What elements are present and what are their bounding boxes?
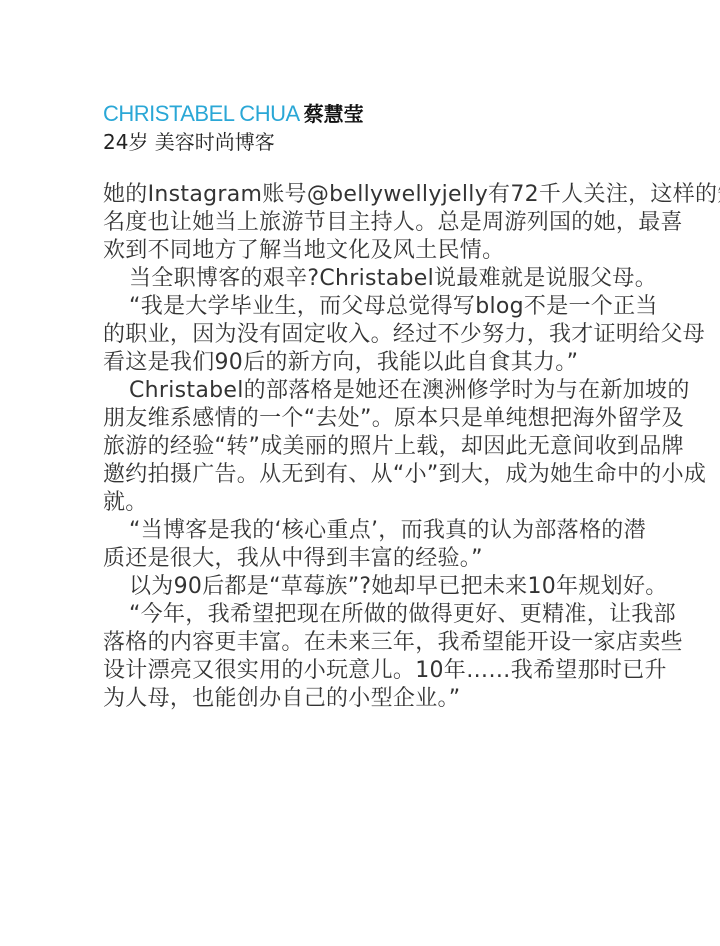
text-line: 看这是我们90后的新方向，我能以此自食其力。” xyxy=(103,349,643,377)
text-line: 就。 xyxy=(103,489,643,517)
name-english: CHRISTABEL CHUA xyxy=(103,101,300,126)
text-line: 名度也让她当上旅游节目主持人。总是周游列国的她，最喜 xyxy=(103,209,643,237)
profile-subtitle: 24岁 美容时尚博客 xyxy=(103,128,364,156)
name-chinese: 蔡慧莹 xyxy=(304,102,364,126)
text-line: Christabel的部落格是她还在澳洲修学时为与在新加坡的 xyxy=(103,377,643,405)
article-body: 她的Instagram账号@bellywellyjelly有72千人关注，这样的… xyxy=(103,181,643,713)
paragraph: 她的Instagram账号@bellywellyjelly有72千人关注，这样的… xyxy=(103,181,643,265)
text-line: 旅游的经验“转”成美丽的照片上载，却因此无意间收到品牌 xyxy=(103,433,643,461)
text-line: 当全职博客的艰辛?Christabel说最难就是说服父母。 xyxy=(103,265,643,293)
text-line: “我是大学毕业生，而父母总觉得写blog不是一个正当 xyxy=(103,293,643,321)
text-line: “当博客是我的‘核心重点’，而我真的认为部落格的潜 xyxy=(103,517,643,545)
article-page: CHRISTABEL CHUA蔡慧莹 24岁 美容时尚博客 她的Instagra… xyxy=(0,0,720,946)
paragraph: “当博客是我的‘核心重点’，而我真的认为部落格的潜 质还是很大，我从中得到丰富的… xyxy=(103,517,643,573)
text-line: 朋友维系感情的一个“去处”。原本只是单纯想把海外留学及 xyxy=(103,405,643,433)
text-line: 欢到不同地方了解当地文化及风土民情。 xyxy=(103,237,643,265)
text-line: 质还是很大，我从中得到丰富的经验。” xyxy=(103,545,643,573)
text-line: “今年，我希望把现在所做的做得更好、更精准，让我部 xyxy=(103,601,643,629)
text-line: 她的Instagram账号@bellywellyjelly有72千人关注，这样的… xyxy=(103,181,643,209)
paragraph: “我是大学毕业生，而父母总觉得写blog不是一个正当 的职业，因为没有固定收入。… xyxy=(103,293,643,377)
paragraph: “今年，我希望把现在所做的做得更好、更精准，让我部 落格的内容更丰富。在未来三年… xyxy=(103,601,643,713)
text-line: 为人母，也能创办自己的小型企业。” xyxy=(103,685,643,713)
text-line: 邀约拍摄广告。从无到有、从“小”到大，成为她生命中的小成 xyxy=(103,461,643,489)
paragraph: Christabel的部落格是她还在澳洲修学时为与在新加坡的 朋友维系感情的一个… xyxy=(103,377,643,517)
article-header: CHRISTABEL CHUA蔡慧莹 24岁 美容时尚博客 xyxy=(103,100,364,156)
text-line: 落格的内容更丰富。在未来三年，我希望能开设一家店卖些 xyxy=(103,629,643,657)
text-line: 以为90后都是“草莓族”?她却早已把未来10年规划好。 xyxy=(103,573,643,601)
profile-name: CHRISTABEL CHUA蔡慧莹 xyxy=(103,100,364,128)
text-line: 设计漂亮又很实用的小玩意儿。10年……我希望那时已升 xyxy=(103,657,643,685)
paragraph: 以为90后都是“草莓族”?她却早已把未来10年规划好。 xyxy=(103,573,643,601)
paragraph: 当全职博客的艰辛?Christabel说最难就是说服父母。 xyxy=(103,265,643,293)
text-line: 的职业，因为没有固定收入。经过不少努力，我才证明给父母 xyxy=(103,321,643,349)
